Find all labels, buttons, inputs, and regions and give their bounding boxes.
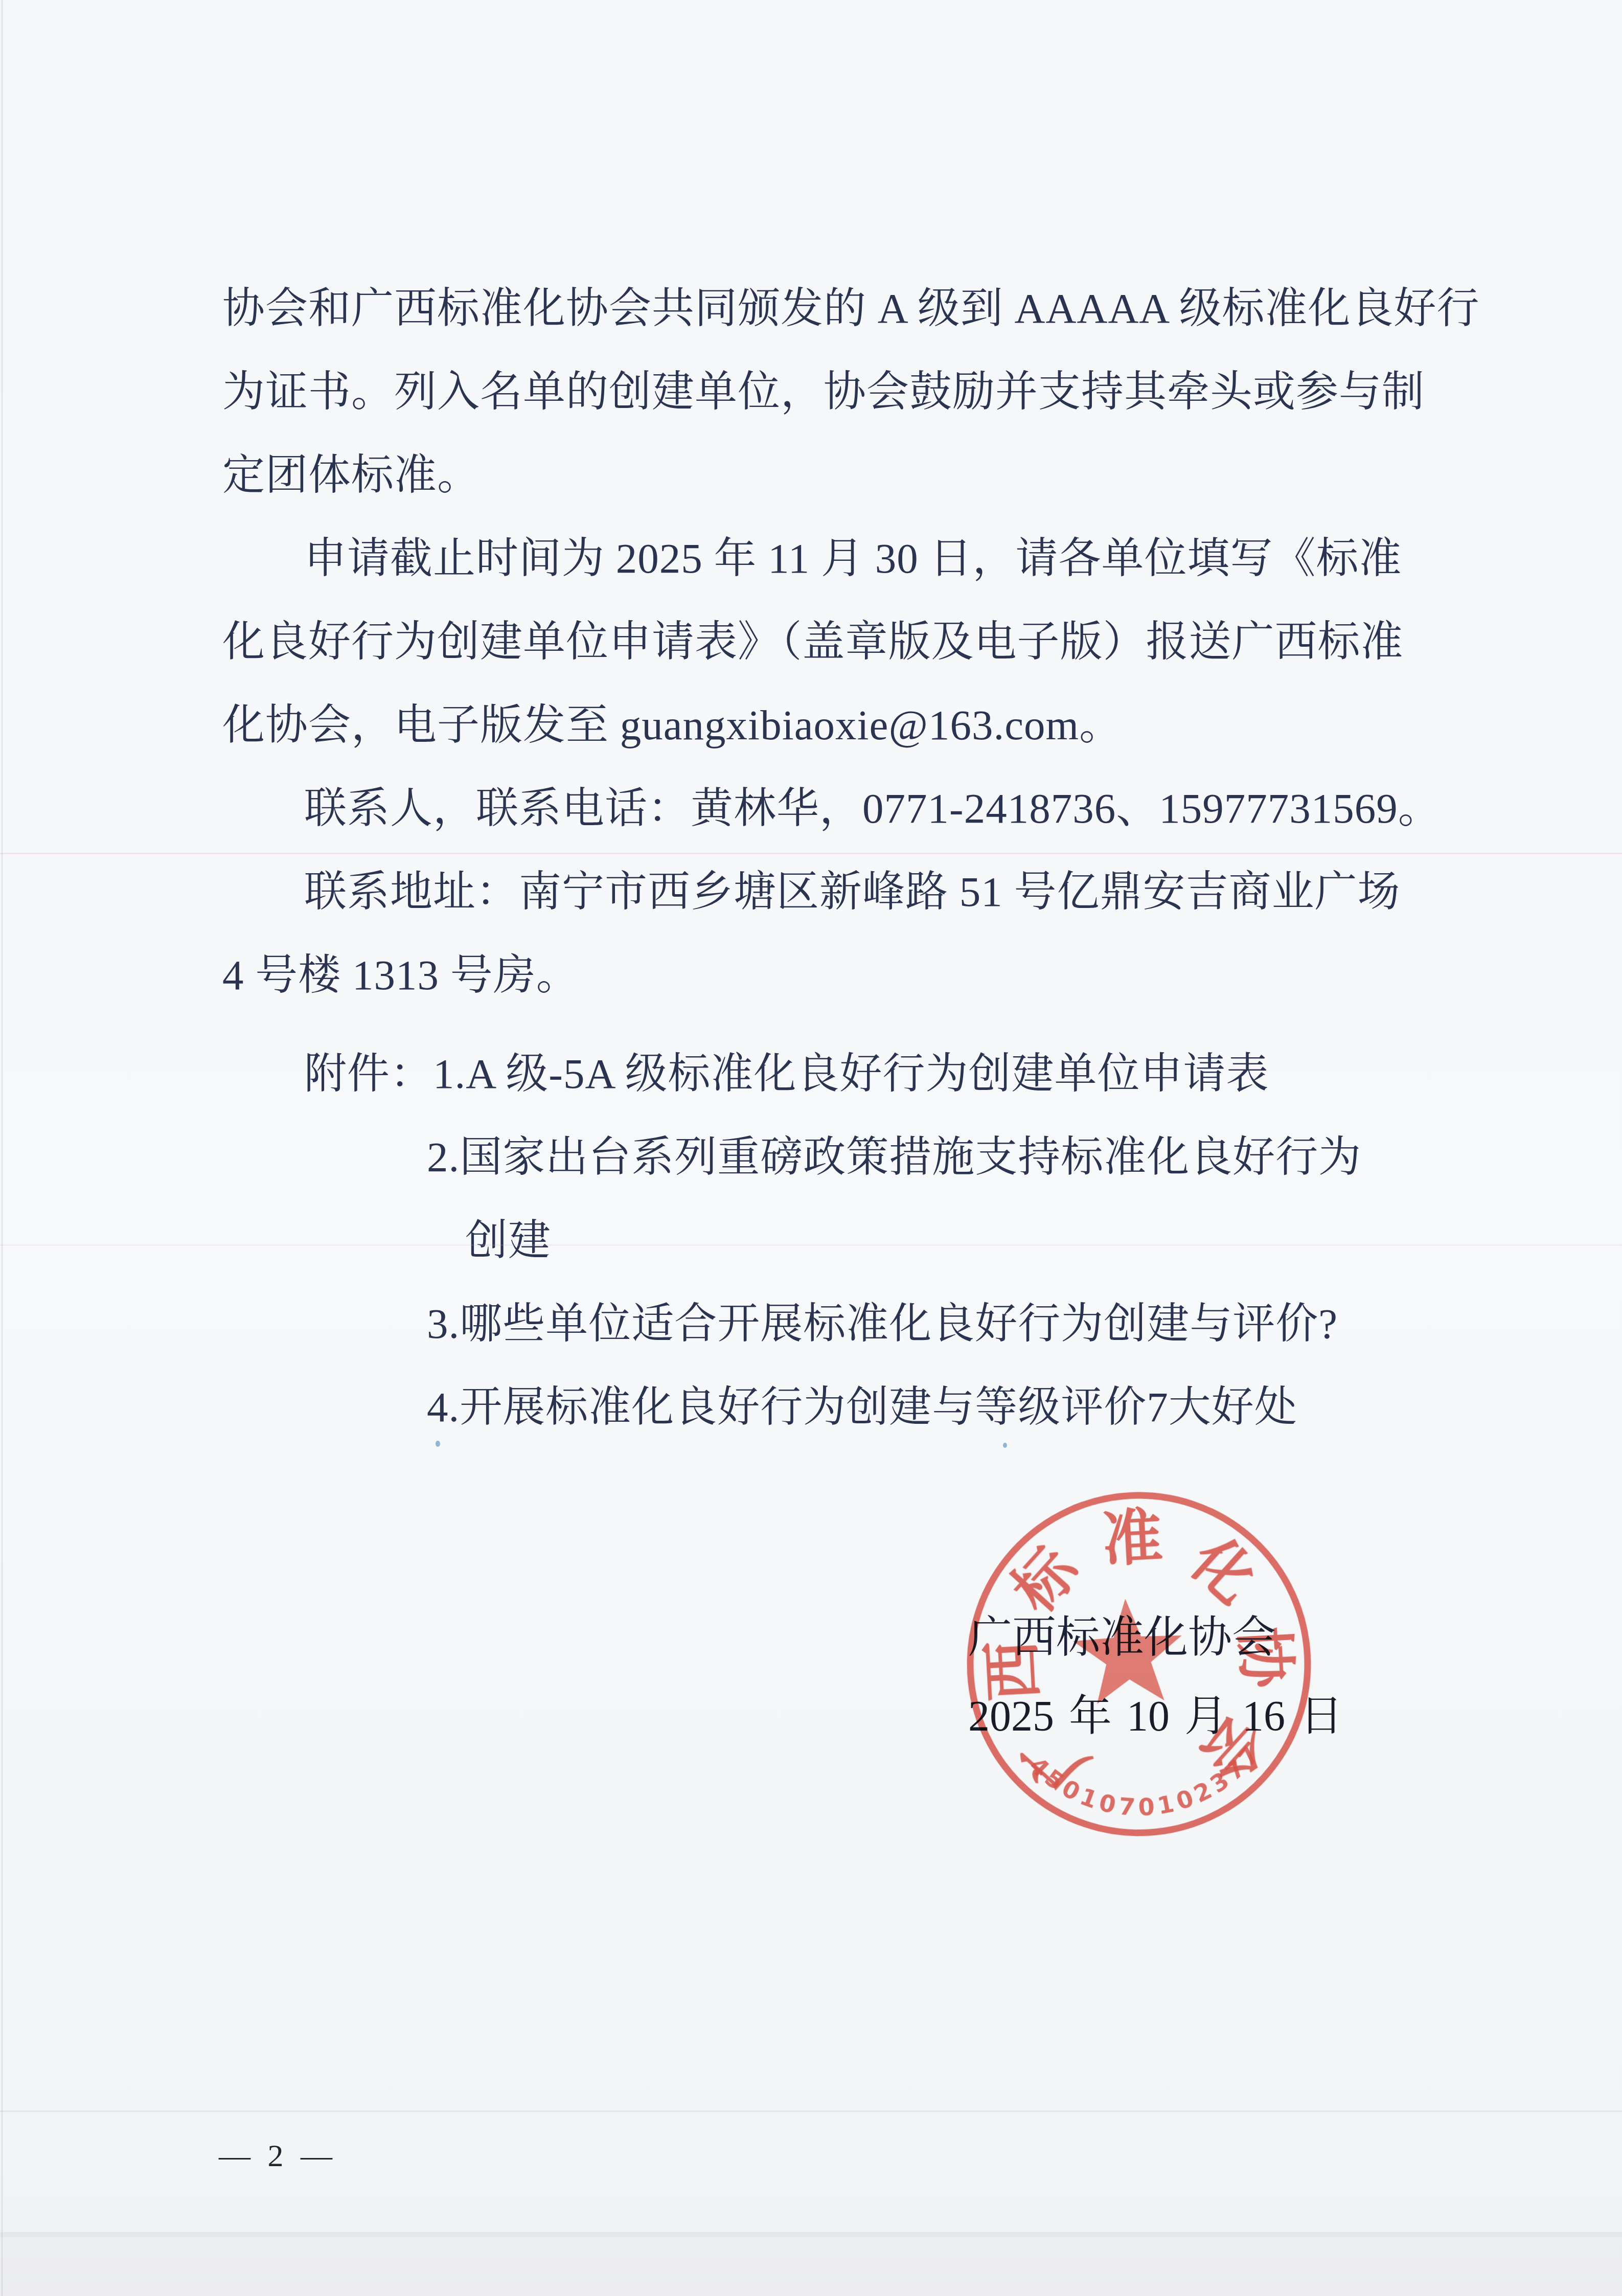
body-line-6: 化协会，电子版发至 guangxibiaoxie@163.com。 bbox=[222, 704, 1122, 746]
body-line-contact: 联系人，联系电话：黄林华，0771-2418736、15977731569。 bbox=[304, 787, 1441, 830]
seal-star-icon bbox=[1071, 1596, 1185, 1705]
official-seal-stamp: 广 西 标 准 化 协 会 4 5 0 1 0 7 0 1 0 2 3 7 7 bbox=[951, 1476, 1327, 1852]
body-line-4: 申请截止时间为 2025 年 11 月 30 日，请各单位填写《标准 bbox=[304, 537, 1402, 580]
seal-code-digit: 0 bbox=[1137, 1793, 1155, 1822]
seal-ring-char: 西 bbox=[978, 1639, 1048, 1703]
attachment-item-2: 2.国家出台系列重磅政策措施支持标准化良好行为 bbox=[427, 1136, 1361, 1178]
scan-artifact-speck bbox=[436, 1441, 440, 1447]
document-page: 协会和广西标准化协会共同颁发的 A 级到 AAAAA 级标准化良好行 为证书。列… bbox=[0, 0, 1622, 2296]
scan-artifact-band bbox=[0, 2237, 1622, 2296]
scan-artifact-band bbox=[0, 2232, 1622, 2237]
attachment-item-3: 3.哪些单位适合开展标准化良好行为创建与评价? bbox=[427, 1303, 1338, 1345]
body-line-address-1: 联系地址：南宁市西乡塘区新峰路 51 号亿鼎安吉商业广场 bbox=[304, 871, 1401, 913]
body-line-1: 协会和广西标准化协会共同颁发的 A 级到 AAAAA 级标准化良好行 bbox=[222, 287, 1479, 330]
body-line-2: 为证书。列入名单的创建单位，协会鼓励并支持其牵头或参与制 bbox=[222, 371, 1425, 413]
scan-artifact-band bbox=[0, 2110, 1622, 2112]
seal-code-digit: 1 bbox=[1155, 1790, 1177, 1820]
attachment-label-and-item-1: 附件：1.A 级-5A 级标准化良好行为创建单位申请表 bbox=[304, 1053, 1269, 1095]
scan-artifact-band bbox=[0, 853, 1622, 854]
scan-artifact-band bbox=[0, 1244, 1622, 1246]
body-line-5: 化良好行为创建单位申请表》（盖章版及电子版）报送广西标准 bbox=[222, 621, 1404, 663]
page-number: — 2 — bbox=[219, 2140, 332, 2172]
seal-ring-char: 准 bbox=[1101, 1504, 1164, 1574]
attachment-item-4: 4.开展标准化良好行为创建与等级评价7大好处 bbox=[427, 1386, 1297, 1428]
attachment-item-2-continuation: 创建 bbox=[465, 1219, 551, 1262]
scan-artifact-speck bbox=[1003, 1443, 1007, 1448]
body-line-3: 定团体标准。 bbox=[222, 454, 480, 496]
body-line-address-2: 4 号楼 1313 号房。 bbox=[222, 954, 579, 996]
seal-ring-char: 协 bbox=[1229, 1626, 1299, 1692]
scan-artifact-edge bbox=[2, 0, 3, 2296]
seal-code-digit: 0 bbox=[1096, 1788, 1118, 1819]
seal-code-digit: 7 bbox=[1117, 1792, 1136, 1821]
